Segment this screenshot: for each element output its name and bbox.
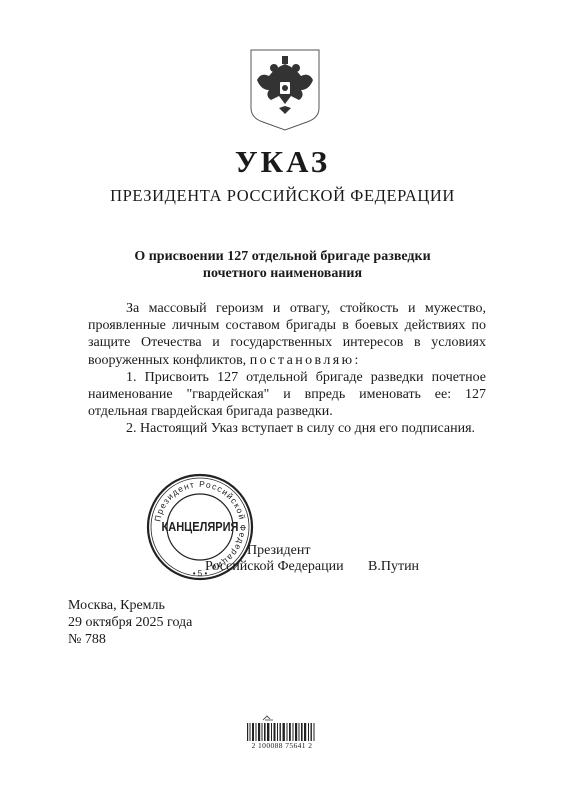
signing-place: Москва, Кремль: [68, 597, 165, 614]
coat-of-arms-icon: [247, 46, 323, 132]
signatory-title-line-2: Российской Федерации: [205, 558, 344, 575]
preamble-paragraph: За массовый героизм и отвагу, стойкость …: [88, 300, 486, 369]
clause-2: 2. Настоящий Указ вступает в силу со дня…: [88, 420, 486, 437]
signatory-title-line-1: Президент: [247, 542, 310, 559]
signing-date: 29 октября 2025 года: [68, 614, 192, 631]
signatory-name: В.Путин: [368, 558, 419, 575]
document-subtitle: ПРЕЗИДЕНТА РОССИЙСКОЙ ФЕДЕРАЦИИ: [0, 186, 565, 206]
clause-1: 1. Присвоить 127 отдельной бригаде разве…: [88, 369, 486, 421]
svg-text:КАНЦЕЛЯРИЯ: КАНЦЕЛЯРИЯ: [162, 519, 239, 534]
decree-word: постановляю:: [250, 353, 361, 368]
heading-line-2: почетного наименования: [0, 265, 565, 282]
decree-body: За массовый героизм и отвагу, стойкость …: [88, 300, 486, 438]
decree-number: № 788: [68, 631, 106, 648]
barcode-number: 2 100088 75641 2: [236, 741, 328, 751]
document-title: УКАЗ: [0, 144, 565, 180]
decree-heading: О присвоении 127 отдельной бригаде разве…: [0, 248, 565, 282]
heading-line-1: О присвоении 127 отдельной бригаде разве…: [0, 248, 565, 265]
